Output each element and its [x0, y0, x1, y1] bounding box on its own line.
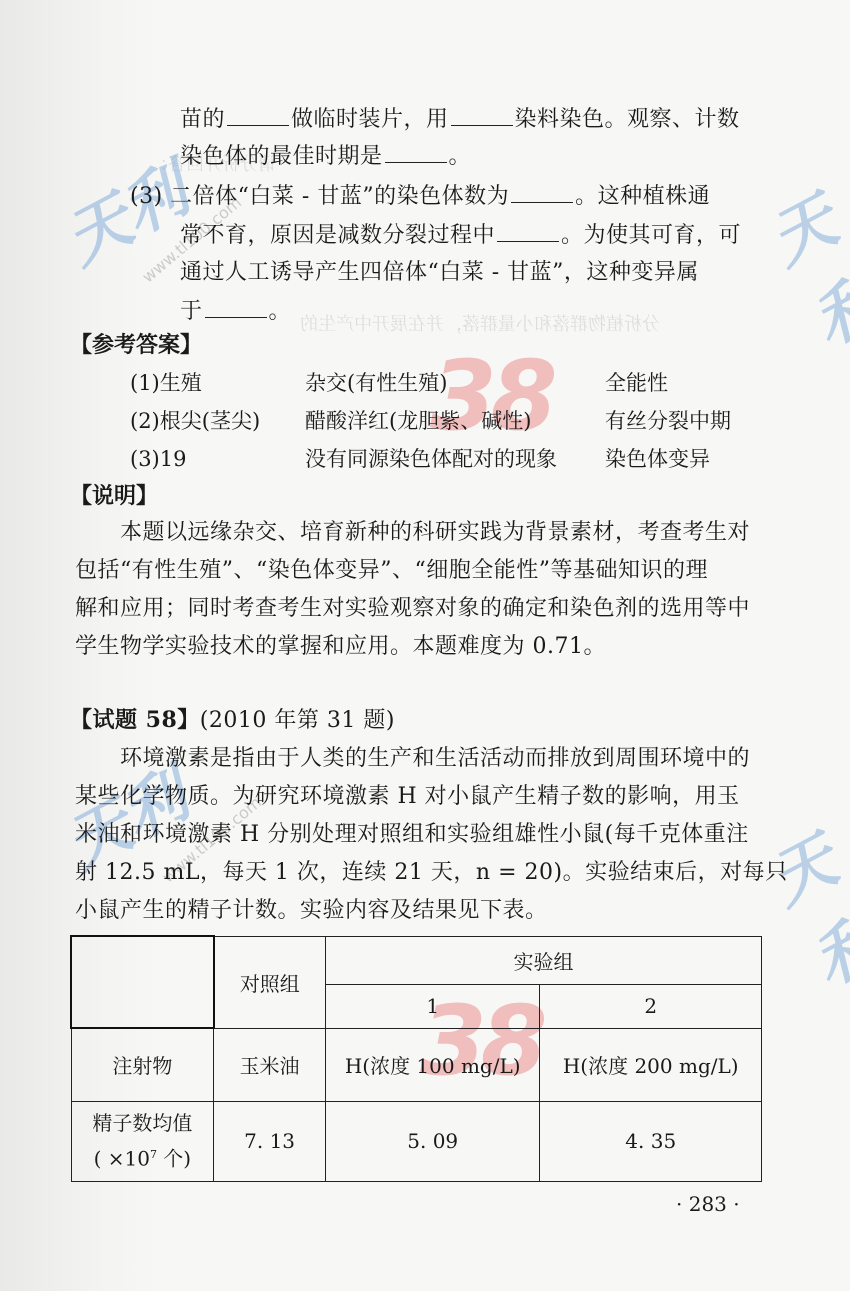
answer-item: 醋酸洋红(龙胆紫、碱性) — [305, 406, 531, 436]
answer-blank — [227, 103, 289, 126]
question-number: 【试题 58】 — [70, 707, 200, 733]
question-text-line: 染色体的最佳时期是。 — [180, 140, 471, 172]
table-corner-cell — [71, 936, 214, 1028]
table-row-label: 精子数均值 ( ×107 个) — [71, 1101, 214, 1181]
question-text-line: 常不育，原因是减数分裂过程中。为使其可育，可 — [180, 219, 741, 251]
answer-item: 全能性 — [605, 368, 668, 398]
table-cell: H(浓度 100 mg/L) — [325, 1028, 540, 1101]
question-source: (2010 年第 31 题) — [200, 708, 395, 733]
table-cell: 玉米油 — [214, 1028, 326, 1101]
text-segment: ( ×10 — [94, 1147, 150, 1171]
explanation-line: 解和应用；同时考查考生对实验观察对象的确定和染色剂的选用等中 — [75, 594, 750, 624]
answer-blank — [385, 140, 447, 163]
reference-answer-heading: 【参考答案】 — [70, 330, 202, 360]
text-segment: 个) — [157, 1147, 191, 1171]
text-segment: (3) 二倍体“白菜 - 甘蓝”的染色体数为 — [130, 184, 509, 209]
bleed-through-text: 分析植物群落和小量群落，并在展开中产生的 — [300, 310, 660, 336]
results-table: 对照组 实验组 1 2 注射物 玉米油 H(浓度 100 mg/L) H(浓度 … — [70, 935, 762, 1182]
text-segment: 苗的 — [180, 107, 225, 132]
row-label-line: 精子数均值 — [72, 1107, 214, 1139]
question-text-line: 小鼠产生的精子计数。实验内容及结果见下表。 — [75, 896, 548, 926]
text-segment: 染料染色。观察、计数 — [515, 107, 740, 132]
watermark-logo: 天利 — [751, 811, 850, 1004]
question-text-line: 环境激素是指由于人类的生产和生活活动而排放到周围环境中的 — [120, 744, 750, 774]
text-segment: 做临时装片，用 — [291, 107, 449, 132]
text-segment: 。 — [449, 144, 472, 169]
answer-blank — [451, 103, 513, 126]
question-text-line: 米油和环境激素 H 分别处理对照组和实验组雄性小鼠(每千克体重注 — [75, 820, 749, 850]
exponent: 7 — [150, 1148, 157, 1161]
table-cell: H(浓度 200 mg/L) — [540, 1028, 762, 1101]
answer-blank — [205, 295, 267, 318]
answer-item: (1)生殖 — [130, 368, 202, 398]
answer-item: 有丝分裂中期 — [605, 406, 731, 436]
answer-item: 杂交(有性生殖) — [305, 368, 447, 398]
page-number: · 283 · — [676, 1192, 740, 1216]
answer-blank — [497, 219, 559, 242]
answer-item: 没有同源染色体配对的现象 — [305, 444, 557, 474]
question-58-heading: 【试题 58】(2010 年第 31 题) — [70, 705, 395, 736]
question-text-line: 某些化学物质。为研究环境激素 H 对小鼠产生精子数的影响，用玉 — [75, 782, 740, 812]
table-header-experiment: 实验组 — [325, 936, 761, 984]
text-segment: 。为使其可育，可 — [561, 223, 741, 248]
text-segment: 染色体的最佳时期是 — [180, 144, 383, 169]
table-cell: 7. 13 — [214, 1101, 326, 1181]
explanation-heading: 【说明】 — [70, 481, 158, 511]
text-segment: 。这种植株通 — [575, 184, 710, 209]
answer-blank — [511, 180, 573, 203]
text-segment: 常不育，原因是减数分裂过程中 — [180, 223, 495, 248]
explanation-line: 包括“有性生殖”、“染色体变异”、“细胞全能性”等基础知识的理 — [75, 556, 708, 586]
text-segment: 。 — [269, 299, 292, 324]
table-subheader: 1 — [325, 984, 540, 1028]
table-header-control: 对照组 — [214, 936, 326, 1028]
table-cell: 5. 09 — [325, 1101, 540, 1181]
question-text-line: (3) 二倍体“白菜 - 甘蓝”的染色体数为。这种植株通 — [130, 180, 710, 212]
answer-item: (2)根尖(茎尖) — [130, 406, 260, 436]
question-text-line: 苗的做临时装片，用染料染色。观察、计数 — [180, 103, 740, 135]
table-cell: 4. 35 — [540, 1101, 762, 1181]
watermark-logo: 天利 — [751, 171, 850, 364]
table-row: 精子数均值 ( ×107 个) 7. 13 5. 09 4. 35 — [71, 1101, 762, 1181]
question-text-line: 射 12.5 mL，每天 1 次，连续 21 天，n = 20)。实验结束后，对… — [75, 858, 788, 888]
answer-item: (3)19 — [130, 444, 186, 474]
table-row: 注射物 玉米油 H(浓度 100 mg/L) H(浓度 200 mg/L) — [71, 1028, 762, 1101]
row-label-line: ( ×107 个) — [72, 1139, 214, 1175]
text-segment: 于 — [180, 299, 203, 324]
question-text-line: 于。 — [180, 295, 291, 327]
table-row-label: 注射物 — [71, 1028, 214, 1101]
answer-item: 染色体变异 — [605, 444, 710, 474]
explanation-line: 学生物学实验技术的掌握和应用。本题难度为 0.71。 — [75, 632, 606, 662]
explanation-line: 本题以远缘杂交、培育新种的科研实践为背景素材，考查考生对 — [120, 518, 750, 548]
table-subheader: 2 — [540, 984, 762, 1028]
question-text-line: 通过人工诱导产生四倍体“白菜 - 甘蓝”，这种变异属 — [180, 258, 699, 288]
